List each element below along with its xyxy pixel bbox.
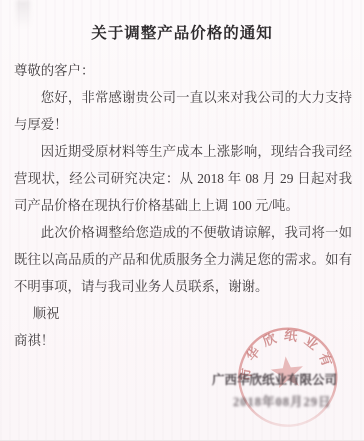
salutation-line: 尊敬的客户：	[14, 57, 352, 84]
paragraph-price-adjustment: 因近期受原材料等生产成本上涨影响，现结合我司经营现状，经公司研究决定：从 201…	[14, 138, 352, 219]
signature-company-name: 广西华欣纸业有限公司	[212, 370, 344, 388]
paragraph-apology: 此次价格调整给您造成的不便敬请谅解，我司将一如既往以高品质的产品和优质服务全力满…	[14, 219, 352, 300]
scanned-notice-page: 关于调整产品价格的通知 尊敬的客户： 您好，非常感谢贵公司一直以来对我公司的大力…	[0, 0, 364, 441]
paragraph-thanks: 您好，非常感谢贵公司一直以来对我公司的大力支持与厚爱！	[14, 84, 352, 138]
document-title: 关于调整产品价格的通知	[0, 0, 364, 43]
document-body: 尊敬的客户： 您好，非常感谢贵公司一直以来对我公司的大力支持与厚爱！ 因近期受原…	[14, 57, 352, 354]
signature-date: 2018年08月29日	[233, 392, 332, 410]
